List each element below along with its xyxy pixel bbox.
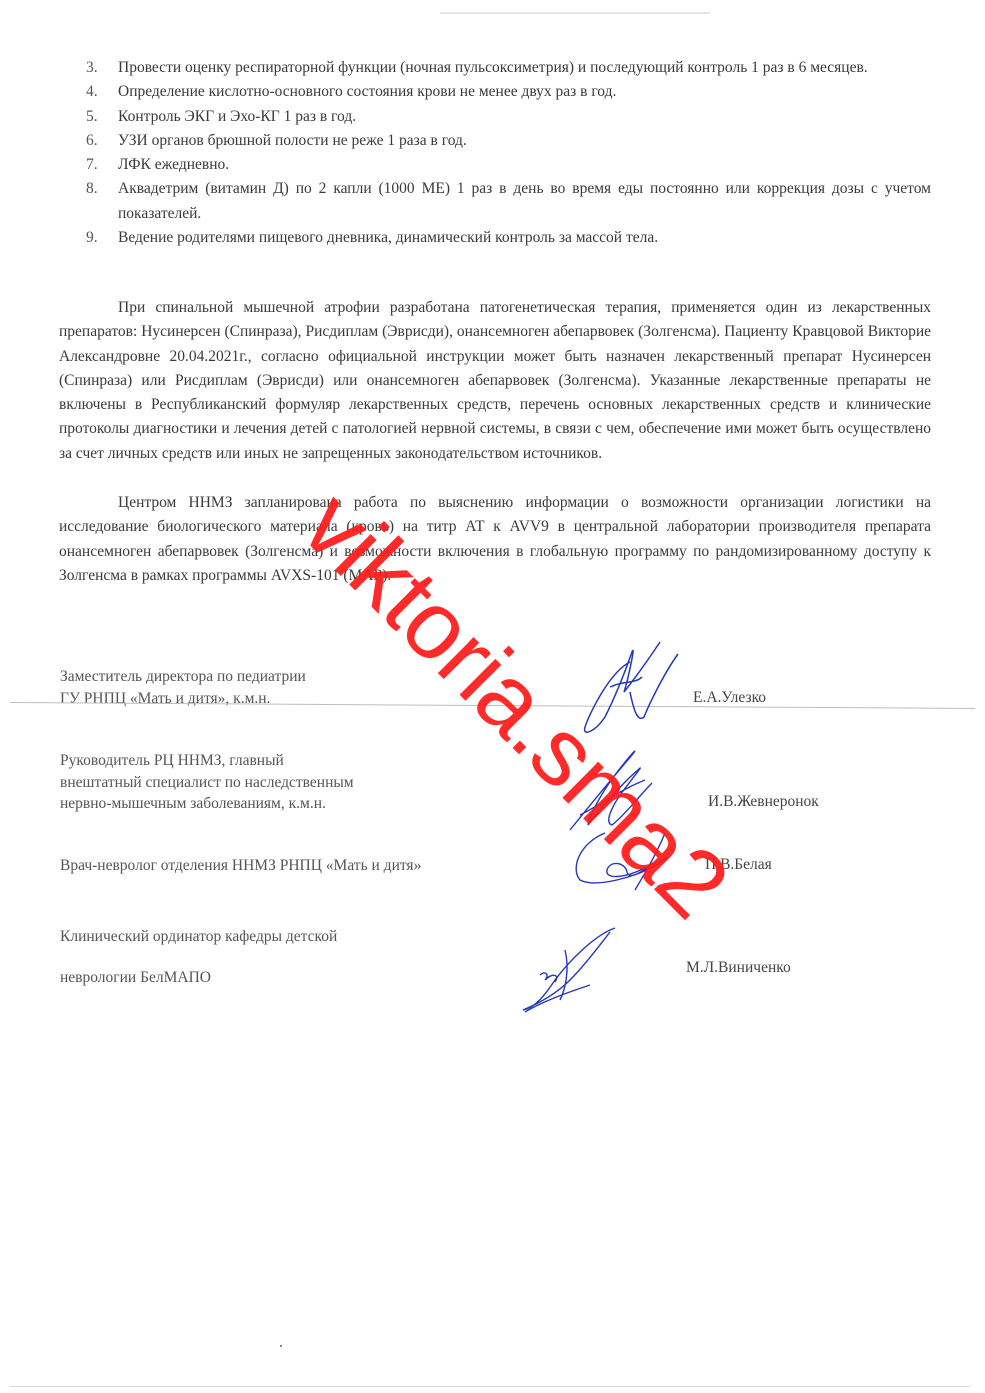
document-page: 3.Провести оценку респираторной функции … (0, 0, 985, 1393)
recommendation-list: 3.Провести оценку респираторной функции … (86, 56, 931, 250)
signatory-name-1: Е.А.Улезко (693, 689, 766, 707)
list-item: 4.Определение кислотно-основного состоян… (86, 80, 931, 104)
list-item: 6.УЗИ органов брюшной полости не реже 1 … (86, 129, 931, 153)
scan-artifact-bottom (10, 1386, 970, 1387)
scan-dot (280, 1345, 282, 1347)
logistics-paragraph: Центром ННМЗ запланирована работа по выя… (59, 491, 931, 588)
therapy-paragraph: При спинальной мышечной атрофии разработ… (59, 296, 931, 466)
scan-artifact-top (440, 12, 710, 14)
signatory-title-4: Клинический ординатор кафедры детской не… (60, 916, 337, 998)
signatory-name-4: М.Л.Виниченко (686, 959, 791, 977)
list-item: 8.Аквадетрим (витамин Д) по 2 капли (100… (86, 177, 931, 226)
signatory-name-3: П.В.Белая (705, 856, 772, 874)
signatory-name-2: И.В.Жевнеронок (708, 793, 819, 811)
signature-vinichenko (515, 920, 625, 1015)
signature-ulezko (570, 632, 690, 742)
signatory-title-3: Врач-невролог отделения ННМЗ РНПЦ «Мать … (60, 855, 421, 877)
list-item: 3.Провести оценку респираторной функции … (86, 56, 931, 80)
list-item: 5.Контроль ЭКГ и Эхо-КГ 1 раз в год. (86, 105, 931, 129)
list-item: 7.ЛФК ежедневно. (86, 153, 931, 177)
signatory-title-2: Руководитель РЦ ННМЗ, главный внештатный… (60, 750, 354, 815)
list-item: 9.Ведение родителями пищевого дневника, … (86, 226, 931, 250)
signature-belaya (565, 828, 715, 898)
